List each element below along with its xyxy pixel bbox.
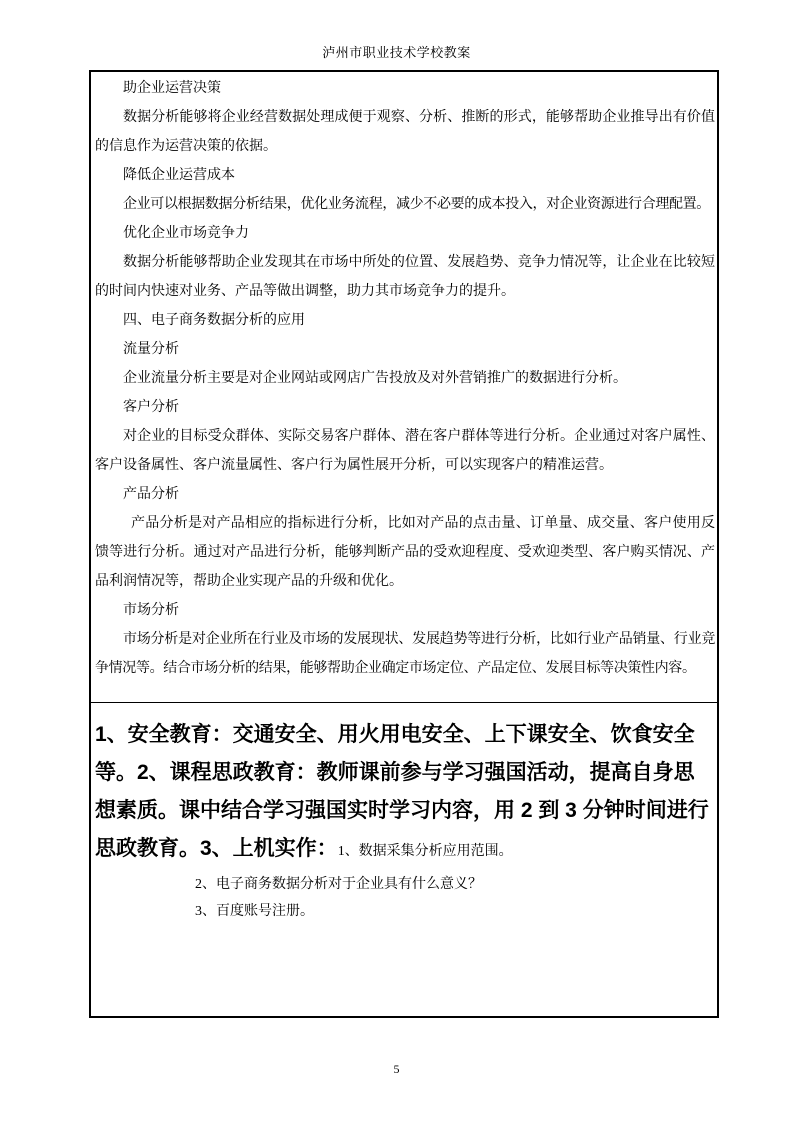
notes-cell: 1、安全教育：交通安全、用火用电安全、上下课安全、饮食安全 等。2、课程思政教育…: [91, 703, 717, 1016]
paragraph: 企业流量分析主要是对企业网站或网店广告投放及对外营销推广的数据进行分析。: [95, 364, 715, 393]
notes-bold-segment: 思政教育。3、上机实作：: [95, 837, 338, 860]
practice-item: 1、数据采集分析应用范围。: [338, 844, 513, 859]
lesson-content-cell: 助企业运营决策 数据分析能够将企业经营数据处理成便于观察、分析、推断的形式，能够…: [91, 72, 717, 703]
paragraph: 四、电子商务数据分析的应用: [95, 306, 715, 335]
notes-bold-line-mixed: 思政教育。3、上机实作：1、数据采集分析应用范围。: [95, 830, 713, 871]
paragraph: 产品分析: [95, 480, 715, 509]
paragraph: 数据分析能够将企业经营数据处理成便于观察、分析、推断的形式，能够帮助企业推导出有…: [95, 103, 715, 161]
paragraph: 产品分析是对产品相应的指标进行分析，比如对产品的点击量、订单量、成交量、客户使用…: [95, 509, 715, 596]
practice-item: 3、百度账号注册。: [95, 898, 713, 925]
paragraph: 助企业运营决策: [95, 74, 715, 103]
paragraph: 流量分析: [95, 335, 715, 364]
paragraph: 对企业的目标受众群体、实际交易客户群体、潜在客户群体等进行分析。企业通过对客户属…: [95, 422, 715, 480]
paragraph: 市场分析是对企业所在行业及市场的发展现状、发展趋势等进行分析，比如行业产品销量、…: [95, 625, 715, 683]
lesson-plan-table: 助企业运营决策 数据分析能够将企业经营数据处理成便于观察、分析、推断的形式，能够…: [89, 70, 719, 1018]
page-header-title: 泸州市职业技术学校教案: [0, 44, 793, 62]
document-page: 泸州市职业技术学校教案 助企业运营决策 数据分析能够将企业经营数据处理成便于观察…: [0, 0, 793, 1122]
notes-bold-line: 等。2、课程思政教育：教师课前参与学习强国活动，提高自身思: [95, 754, 713, 792]
paragraph: 企业可以根据数据分析结果，优化业务流程，减少不必要的成本投入，对企业资源进行合理…: [95, 190, 715, 219]
paragraph: 降低企业运营成本: [95, 161, 715, 190]
page-number: 5: [0, 1062, 793, 1077]
notes-bold-line: 想素质。课中结合学习强国实时学习内容，用 2 到 3 分钟时间进行: [95, 792, 713, 830]
paragraph: 优化企业市场竞争力: [95, 219, 715, 248]
paragraph: 市场分析: [95, 596, 715, 625]
notes-bold-line: 1、安全教育：交通安全、用火用电安全、上下课安全、饮食安全: [95, 716, 713, 754]
paragraph: 客户分析: [95, 393, 715, 422]
practice-item: 2、电子商务数据分析对于企业具有什么意义？: [95, 871, 713, 898]
paragraph: 数据分析能够帮助企业发现其在市场中所处的位置、发展趋势、竞争力情况等，让企业在比…: [95, 248, 715, 306]
